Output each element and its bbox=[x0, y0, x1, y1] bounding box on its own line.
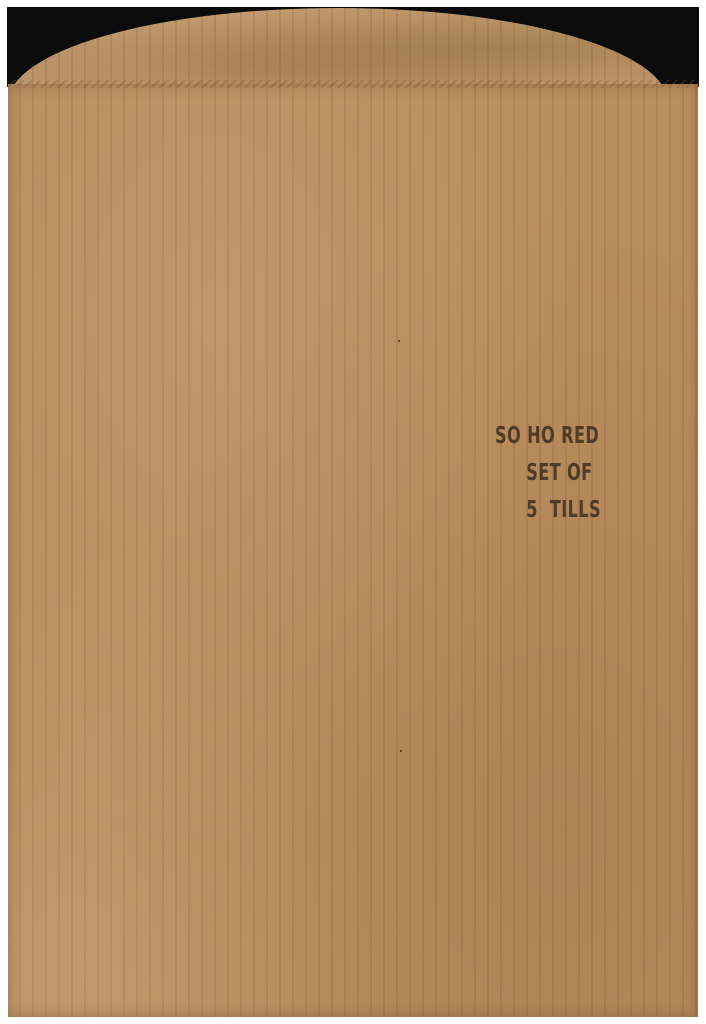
ink-speck bbox=[400, 750, 402, 752]
stamp-line-1: SO HO RED bbox=[495, 418, 601, 455]
stamp-line-3: 5 TILLS bbox=[495, 492, 601, 529]
stamp-line-2: SET OF bbox=[495, 455, 601, 492]
serrated-edge bbox=[8, 80, 698, 88]
paper-bag bbox=[8, 84, 698, 1017]
ink-speck bbox=[398, 340, 400, 342]
ink-stamp: SO HO RED SET OF 5 TILLS bbox=[495, 418, 601, 529]
